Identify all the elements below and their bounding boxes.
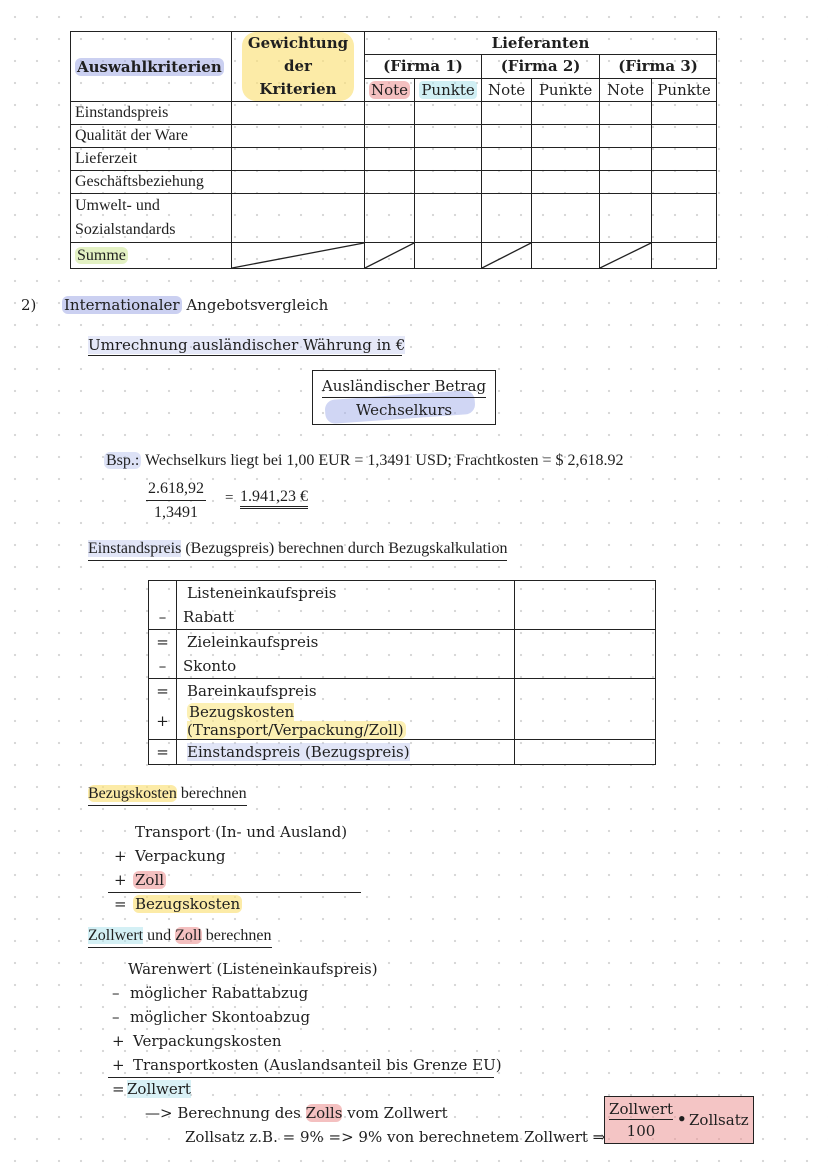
row-label: Zieleinkaufspreis <box>177 630 515 655</box>
table-row: –Skonto <box>149 654 656 679</box>
operator: – <box>149 654 177 679</box>
formula-denominator: Wechselkurs <box>313 403 495 418</box>
box-numerator: Zollwert <box>609 1102 673 1120</box>
cell[interactable] <box>415 171 482 194</box>
cell[interactable] <box>365 102 415 125</box>
header-firm-1: (Firma 1) <box>365 55 482 78</box>
cell[interactable] <box>415 194 482 243</box>
example-line: Bsp.: Wechselkurs liegt bei 1,00 EUR = 1… <box>104 452 624 470</box>
row-label: Einstandspreis (Bezugspreis) <box>177 740 515 765</box>
header-firm-2: (Firma 2) <box>482 55 600 78</box>
cell[interactable] <box>652 243 717 269</box>
table-row: +Bezugskosten (Transport/Verpackung/Zoll… <box>149 703 656 740</box>
table-row: =Zieleinkaufspreis <box>149 630 656 655</box>
zollwert-line: Warenwert (Listeneinkaufspreis) <box>128 962 378 977</box>
cell[interactable] <box>652 102 717 125</box>
cell[interactable] <box>482 125 532 148</box>
cell[interactable] <box>600 125 652 148</box>
cell[interactable] <box>532 171 600 194</box>
arrow-line: —> Berechnung des Zolls vom Zollwert <box>145 1106 448 1121</box>
row-label: Skonto <box>177 654 515 679</box>
cell[interactable] <box>600 194 652 243</box>
cell[interactable] <box>532 148 600 171</box>
conversion-formula-box: Ausländischer Betrag Wechselkurs <box>312 370 496 425</box>
cell[interactable] <box>365 148 415 171</box>
cell[interactable] <box>232 171 365 194</box>
bezugskosten-line: Transport (In- und Ausland) <box>135 825 347 840</box>
value-cell[interactable] <box>515 630 656 655</box>
cell[interactable] <box>600 148 652 171</box>
cell[interactable] <box>532 102 600 125</box>
sub-points-3: Punkte <box>652 78 717 101</box>
header-suppliers: Lieferanten <box>365 32 717 55</box>
cell[interactable] <box>600 102 652 125</box>
header-weight: Gewichtung der Kriterien <box>232 32 365 102</box>
criterion-label: Einstandspreis <box>71 102 232 125</box>
table-row: Einstandspreis <box>71 102 717 125</box>
sum-divider <box>108 892 361 893</box>
header-firm-3: (Firma 3) <box>600 55 717 78</box>
value-cell[interactable] <box>515 654 656 679</box>
table-row: =Einstandspreis (Bezugspreis) <box>149 740 656 765</box>
zollwert-line: Verpackungskosten <box>133 1034 282 1049</box>
table-row: Listeneinkaufspreis <box>149 581 656 606</box>
zollwert-line: Zollwert <box>127 1082 191 1097</box>
cell[interactable] <box>365 194 415 243</box>
sub-points-1: Punkte <box>415 78 482 101</box>
row-label: Bareinkaufspreis <box>177 679 515 704</box>
sum-cell-crossed <box>365 243 415 269</box>
zollwert-line: möglicher Skontoabzug <box>130 1010 310 1025</box>
operator: = <box>149 630 177 655</box>
bezugskosten-operator: + <box>114 849 127 864</box>
cell[interactable] <box>482 148 532 171</box>
cell[interactable] <box>482 102 532 125</box>
operator: = <box>149 679 177 704</box>
bezugskosten-operator: + <box>114 873 127 888</box>
sum-cell-crossed <box>232 243 365 269</box>
cell[interactable] <box>365 171 415 194</box>
bezugskosten-operator: = <box>114 897 127 912</box>
operator: – <box>149 605 177 630</box>
zollwert-operator: – <box>112 1010 120 1025</box>
cell[interactable] <box>365 125 415 148</box>
table-row: Geschäftsbeziehung <box>71 171 717 194</box>
criterion-label: Geschäftsbeziehung <box>71 171 232 194</box>
bezugskosten-line: Bezugskosten <box>133 897 242 912</box>
row-label: Rabatt <box>177 605 515 630</box>
sub-note-2: Note <box>482 78 532 101</box>
cell[interactable] <box>652 171 717 194</box>
example-fraction: 2.618,92 1,3491 <box>146 480 206 522</box>
sub-note-1: Note <box>365 78 415 101</box>
criterion-label: Qualität der Ware <box>71 125 232 148</box>
section-number: 2) <box>21 298 36 313</box>
sub-points-2: Punkte <box>532 78 600 101</box>
zollwert-line: Transportkosten (Auslandsanteil bis Gren… <box>133 1058 502 1073</box>
operator: + <box>149 703 177 740</box>
duty-formula-box: Zollwert 100 • Zollsatz <box>604 1096 754 1144</box>
criteria-table: Auswahlkriterien Gewichtung der Kriterie… <box>70 31 717 269</box>
cell[interactable] <box>652 194 717 243</box>
bezugskosten-line: Verpackung <box>135 849 225 864</box>
conversion-heading: Umrechnung ausländischer Währung in € <box>88 338 402 356</box>
example-result: 1.941,23 € <box>240 488 308 509</box>
einstand-calc-table: Listeneinkaufspreis –Rabatt =Zieleinkauf… <box>148 580 656 765</box>
formula-numerator: Ausländischer Betrag <box>313 379 495 394</box>
zollwert-operator: + <box>112 1034 125 1049</box>
table-row: Umwelt- undSozialstandards <box>71 194 717 243</box>
bezugskosten-heading: Bezugskosten berechnen <box>88 785 247 806</box>
table-row: –Rabatt <box>149 605 656 630</box>
rate-line: Zollsatz z.B. = 9% => 9% von berechnetem… <box>185 1130 605 1145</box>
table-row: Qualität der Ware <box>71 125 717 148</box>
sum-cell-crossed <box>600 243 652 269</box>
value-cell[interactable] <box>515 679 656 704</box>
cell[interactable] <box>532 194 600 243</box>
cell[interactable] <box>532 125 600 148</box>
cell[interactable] <box>415 102 482 125</box>
sum-label: Summe <box>71 243 232 269</box>
criterion-label: Lieferzeit <box>71 148 232 171</box>
cell[interactable] <box>232 102 365 125</box>
criterion-label: Umwelt- undSozialstandards <box>71 194 232 243</box>
row-label: Listeneinkaufspreis <box>177 581 515 606</box>
example-equals: = <box>225 490 233 507</box>
sum-row: Summe <box>71 243 717 269</box>
value-cell[interactable] <box>515 581 656 606</box>
zollwert-operator: – <box>112 986 120 1001</box>
cell[interactable] <box>482 194 532 243</box>
sub-note-3: Note <box>600 78 652 101</box>
cell[interactable] <box>232 194 365 243</box>
cell[interactable] <box>232 125 365 148</box>
einstand-heading: Einstandspreis (Bezugspreis) berechnen d… <box>88 540 507 561</box>
operator: = <box>149 740 177 765</box>
cell[interactable] <box>232 148 365 171</box>
sum-cell-crossed <box>482 243 532 269</box>
box-factor: Zollsatz <box>689 1113 749 1128</box>
zollwert-operator: = <box>112 1082 125 1097</box>
operator <box>149 581 177 606</box>
zollwert-operator: + <box>112 1058 125 1073</box>
cell[interactable] <box>415 243 482 269</box>
sum-divider <box>108 1077 494 1078</box>
value-cell[interactable] <box>515 740 656 765</box>
bezugskosten-line: Zoll <box>133 873 166 888</box>
cell[interactable] <box>482 171 532 194</box>
cell[interactable] <box>415 148 482 171</box>
value-cell[interactable] <box>515 703 656 740</box>
value-cell[interactable] <box>515 605 656 630</box>
cell[interactable] <box>415 125 482 148</box>
cell[interactable] <box>532 243 600 269</box>
table-row: Lieferzeit <box>71 148 717 171</box>
row-label: Bezugskosten (Transport/Verpackung/Zoll) <box>177 703 515 740</box>
header-criteria: Auswahlkriterien <box>71 32 232 102</box>
cell[interactable] <box>600 171 652 194</box>
section-title: Internationaler Angebotsvergleich <box>62 298 328 313</box>
cell[interactable] <box>652 125 717 148</box>
table-row: =Bareinkaufspreis <box>149 679 656 704</box>
box-denominator: 100 <box>609 1124 673 1139</box>
zollwert-heading: Zollwert und Zoll berechnen <box>88 927 272 948</box>
cell[interactable] <box>652 148 717 171</box>
zollwert-line: möglicher Rabattabzug <box>130 986 308 1001</box>
box-operator: • <box>677 1112 687 1127</box>
